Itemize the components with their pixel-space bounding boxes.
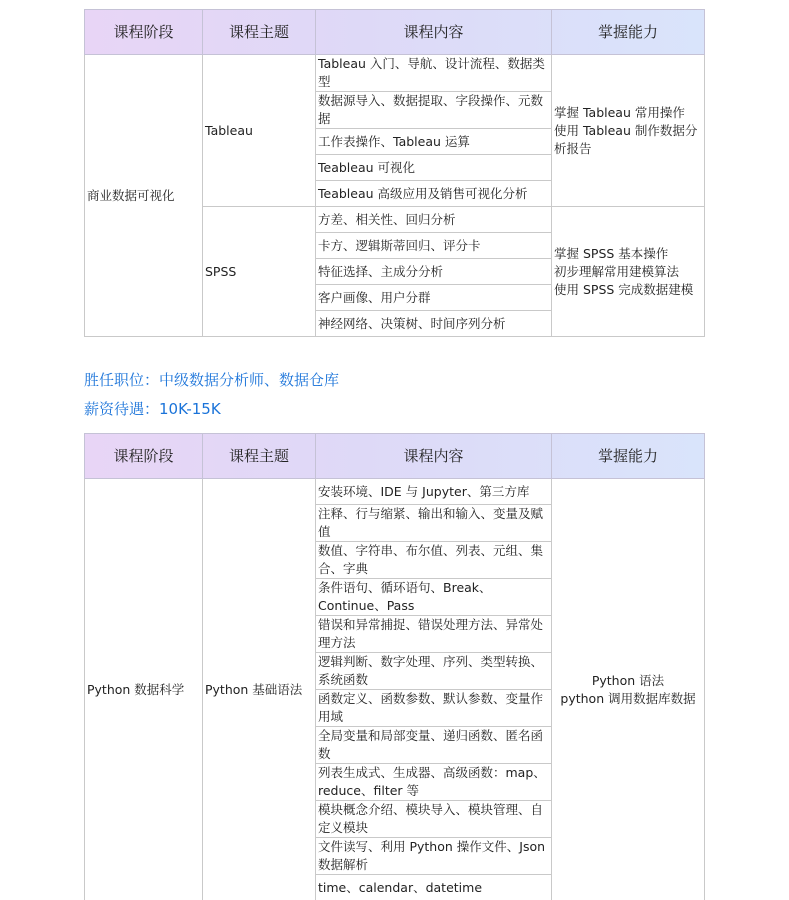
ability-cell: 掌握 Tableau 常用操作 使用 Tableau 制作数据分析报告 [552,55,705,207]
ability-cell: 掌握 SPSS 基本操作 初步理解常用建模算法 使用 SPSS 完成数据建模 [552,207,705,337]
content-cell: 条件语句、循环语句、Break、Continue、Pass [316,579,552,616]
salary: 薪资待遇：10K-15K [84,399,221,419]
header-stage: 课程阶段 [85,10,203,55]
content-cell: 工作表操作、Tableau 运算 [316,129,552,155]
content-cell: Tableau 入门、导航、设计流程、数据类型 [316,55,552,92]
stage-cell: Python 数据科学 [85,479,203,900]
content-cell: 特征选择、主成分分析 [316,259,552,285]
ability-line: 掌握 Tableau 常用操作 [554,104,702,122]
ability-line: 初步理解常用建模算法 [554,263,702,281]
content-cell: 全局变量和局部变量、递归函数、匿名函数 [316,727,552,764]
header-stage: 课程阶段 [85,434,203,479]
ability-line: 使用 SPSS 完成数据建模 [554,281,702,299]
topic-cell: SPSS [203,207,316,337]
content-cell: 数据源导入、数据提取、字段操作、元数据 [316,92,552,129]
content-cell: 注释、行与缩紧、输出和输入、变量及赋值 [316,505,552,542]
content-cell: 列表生成式、生成器、高级函数：map、reduce、filter 等 [316,764,552,801]
content-cell: 数值、字符串、布尔值、列表、元组、集合、字典 [316,542,552,579]
course-table-2: 课程阶段 课程主题 课程内容 掌握能力 Python 数据科学 Python 基… [84,433,705,900]
content-cell: time、calendar、datetime [316,875,552,900]
ability-cell: Python 语法 python 调用数据库数据 [552,479,705,900]
table-row: Python 数据科学 Python 基础语法 安装环境、IDE 与 Jupyt… [85,479,705,505]
topic-cell: Python 基础语法 [203,479,316,900]
ability-line: Python 语法 [554,672,702,690]
header-ability: 掌握能力 [552,434,705,479]
table-header-row: 课程阶段 课程主题 课程内容 掌握能力 [85,434,705,479]
header-content: 课程内容 [316,434,552,479]
content-cell: Teableau 高级应用及销售可视化分析 [316,181,552,207]
content-cell: 函数定义、函数参数、默认参数、变量作用域 [316,690,552,727]
ability-line: 掌握 SPSS 基本操作 [554,245,702,263]
content-cell: 客户画像、用户分群 [316,285,552,311]
header-ability: 掌握能力 [552,10,705,55]
job-positions: 胜任职位：中级数据分析师、数据仓库 [84,370,339,390]
ability-line: 使用 Tableau 制作数据分析报告 [554,122,702,158]
stage-cell: 商业数据可视化 [85,55,203,337]
content-cell: 错误和异常捕捉、错误处理方法、异常处理方法 [316,616,552,653]
header-content: 课程内容 [316,10,552,55]
table-header-row: 课程阶段 课程主题 课程内容 掌握能力 [85,10,705,55]
ability-line: python 调用数据库数据 [554,690,702,708]
content-cell: 方差、相关性、回归分析 [316,207,552,233]
content-cell: 安装环境、IDE 与 Jupyter、第三方库 [316,479,552,505]
content-cell: 卡方、逻辑斯蒂回归、评分卡 [316,233,552,259]
content-cell: 模块概念介绍、模块导入、模块管理、自定义模块 [316,801,552,838]
content-cell: 文件读写、利用 Python 操作文件、Json 数据解析 [316,838,552,875]
header-topic: 课程主题 [203,434,316,479]
topic-cell: Tableau [203,55,316,207]
content-cell: Teableau 可视化 [316,155,552,181]
content-cell: 神经网络、决策树、时间序列分析 [316,311,552,337]
table-row: 商业数据可视化 Tableau Tableau 入门、导航、设计流程、数据类型 … [85,55,705,92]
course-table-1: 课程阶段 课程主题 课程内容 掌握能力 商业数据可视化 Tableau Tabl… [84,9,705,337]
header-topic: 课程主题 [203,10,316,55]
content-cell: 逻辑判断、数字处理、序列、类型转换、系统函数 [316,653,552,690]
